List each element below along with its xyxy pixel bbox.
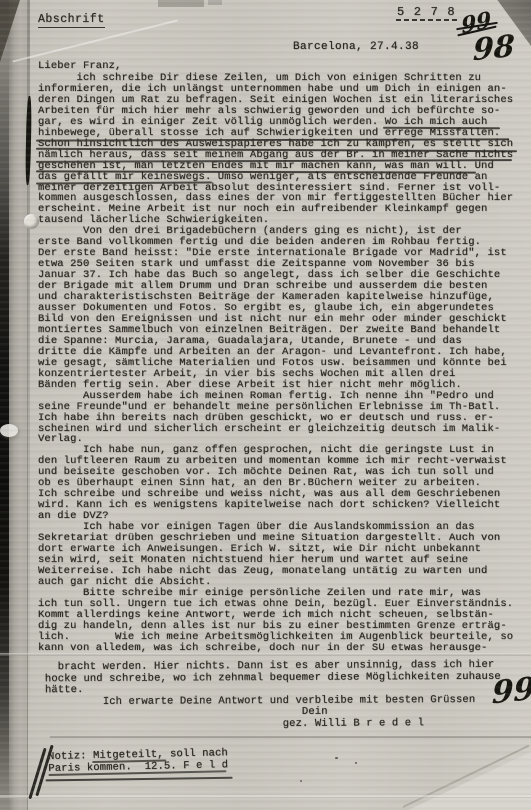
file-number-stamp: 5 2 7 8 (397, 5, 456, 19)
ink-speck (300, 780, 302, 782)
dateline: Barcelona, 27.4.38 (293, 41, 419, 53)
horizontal-crease (0, 653, 531, 656)
file-number-dashed-underline (396, 19, 459, 21)
horizontal-crease (50, 736, 531, 738)
letter-closing: bracht werden. Hier nichts. Dann ist es … (45, 660, 501, 731)
page-number-98: 98 (473, 32, 516, 67)
horizontal-crease (0, 795, 531, 798)
punch-hole (24, 214, 39, 229)
margin-pen-stroke (25, 96, 32, 185)
top-edge-mark (158, 0, 204, 7)
note-underline (46, 777, 233, 782)
white-smudge (0, 424, 18, 437)
top-edge-mark (208, 0, 222, 5)
pen-underline (383, 127, 500, 129)
copy-label: Abschrift (38, 13, 105, 28)
ink-speck (355, 762, 357, 764)
scanned-letter-page: Abschrift 5 2 7 8 Barcelona, 27.4.38 99 … (0, 0, 531, 810)
archive-note: Notiz: Mitgeteilt, soll nach Paris komme… (48, 746, 289, 791)
scan-left-dark-edge (0, 0, 9, 810)
ink-speck (335, 757, 338, 759)
paper-left-edge-strip (9, 0, 28, 810)
bottom-right-under-page (406, 750, 531, 810)
salutation: Lieber Franz, (38, 60, 121, 72)
